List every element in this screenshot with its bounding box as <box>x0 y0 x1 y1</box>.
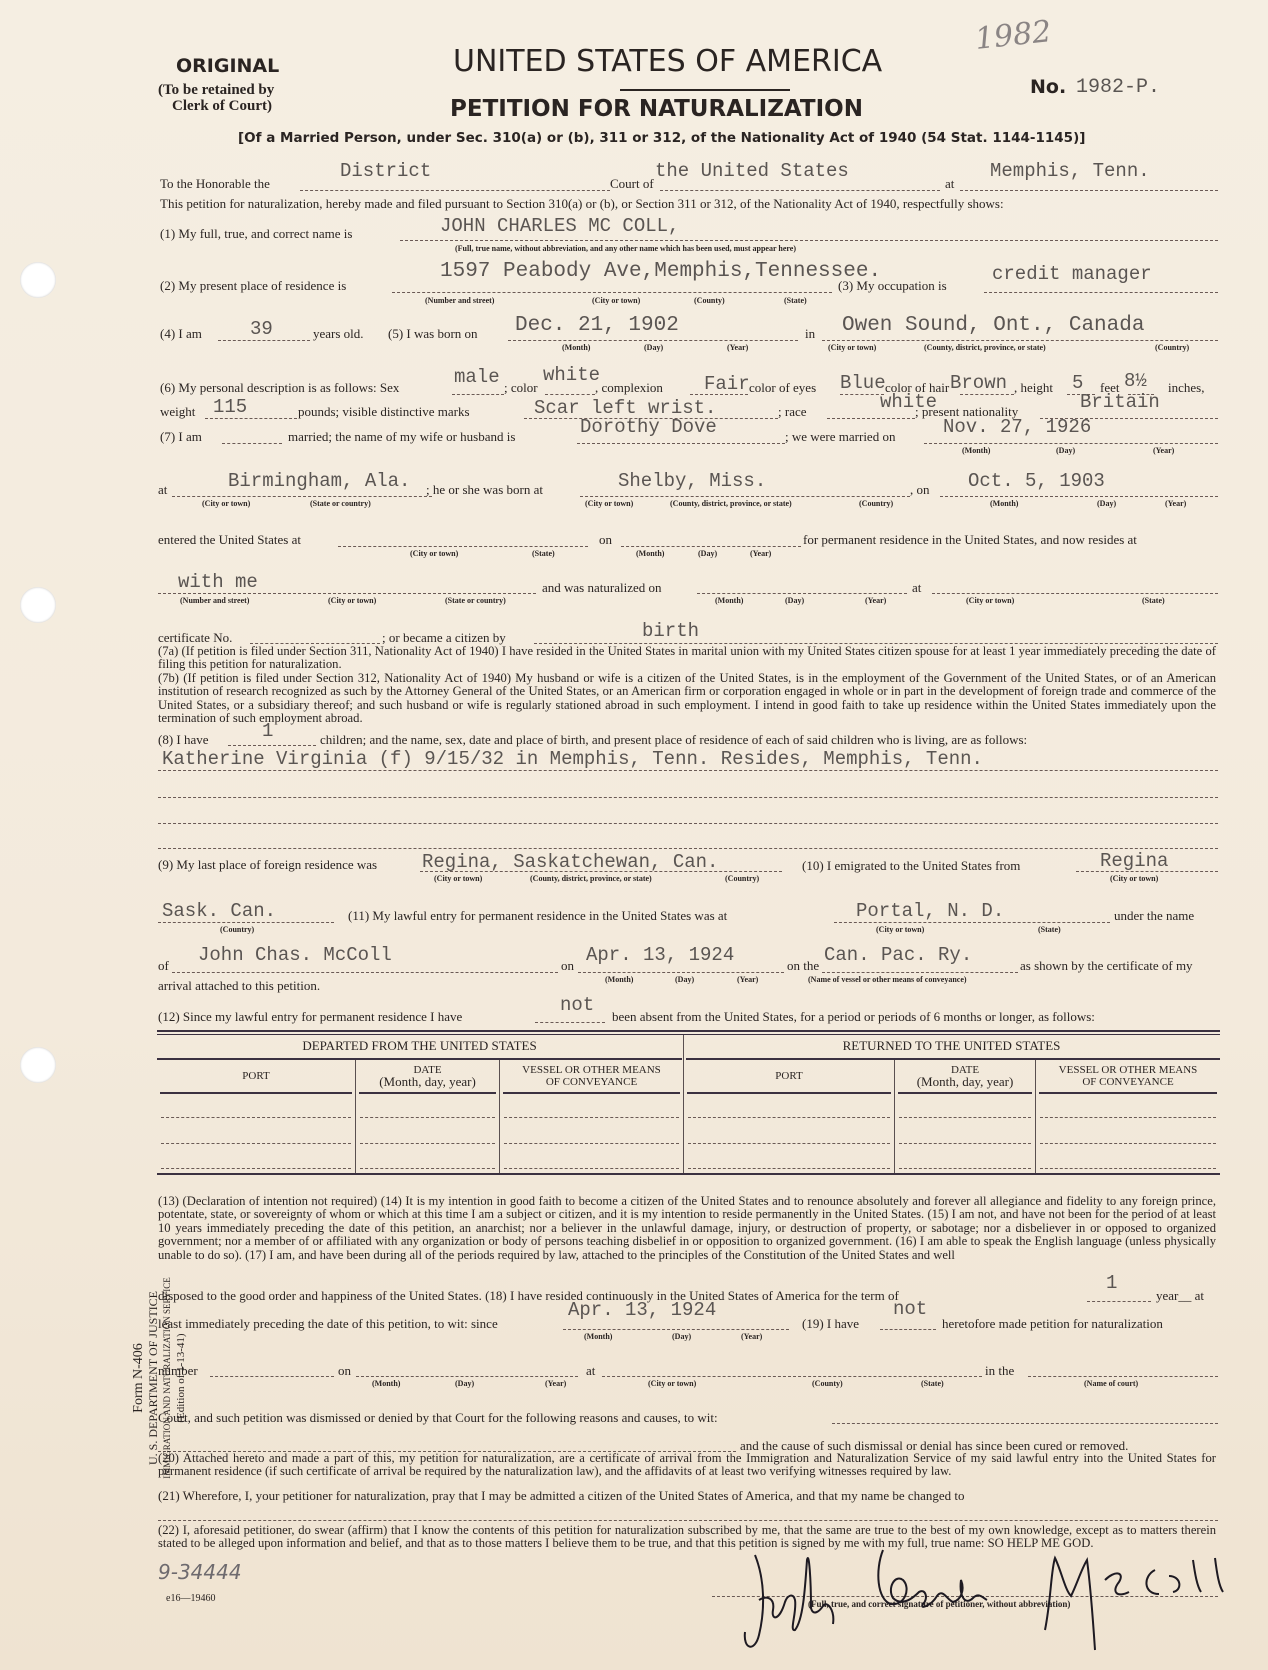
caption: (Year) <box>741 1332 762 1341</box>
edition-note: (Edition of 1-13-41) <box>174 1248 188 1508</box>
column-header: DATE(Month, day, year) <box>356 1064 499 1088</box>
caption: (Month) <box>962 446 990 455</box>
q3-label: (3) My occupation is <box>838 278 947 294</box>
citizen-by-field[interactable]: birth <box>642 620 699 642</box>
eye-color-field[interactable]: Blue <box>840 372 886 394</box>
age-field[interactable]: 39 <box>250 318 273 340</box>
table-cell[interactable] <box>161 1143 351 1144</box>
occupation-field[interactable]: credit manager <box>992 263 1152 285</box>
caption: (City or town) <box>592 296 640 305</box>
caption: (Day) <box>675 975 694 984</box>
label-entry-on: on <box>561 958 574 974</box>
table-cell[interactable] <box>504 1117 679 1118</box>
q18-label: disposed to the good order and happiness… <box>158 1288 899 1304</box>
caption: (County, district, province, or state) <box>530 874 652 883</box>
retained-note-2: Clerk of Court) <box>172 98 272 115</box>
caption: (Month) <box>562 343 590 352</box>
spouse-residence-field[interactable]: with me <box>178 571 258 593</box>
residence-years-field[interactable]: 1 <box>1106 1272 1117 1294</box>
column-header: VESSEL OR OTHER MEANSOF CONVEYANCE <box>500 1064 683 1088</box>
q1-label: (1) My full, true, and correct name is <box>160 226 352 242</box>
q5-label: (5) I was born on <box>388 326 478 342</box>
caption: (City or town) <box>966 596 1014 605</box>
q9-label: (9) My last place of foreign residence w… <box>158 857 377 873</box>
label-under-name: under the name <box>1114 908 1194 924</box>
caption: (Day) <box>1097 499 1116 508</box>
side-form-label: Form N-406 U. S. DEPARTMENT OF JUSTICE I… <box>132 1248 188 1508</box>
label-married-on: ; we were married on <box>785 429 895 445</box>
label-in: in <box>805 326 815 342</box>
caption: (State) <box>1038 925 1061 934</box>
title-divider <box>620 89 790 91</box>
caption: (Month) <box>584 1332 612 1341</box>
label-spouse: married; the name of my wife or husband … <box>288 429 515 445</box>
residence-since-field[interactable]: Apr. 13, 1924 <box>568 1299 716 1321</box>
weight-field[interactable]: 115 <box>213 396 247 418</box>
label-permanent-residence: for permanent residence in the United St… <box>803 532 1137 548</box>
table-cell[interactable] <box>899 1143 1031 1144</box>
table-cell[interactable] <box>688 1143 890 1144</box>
label-court-of: Court of <box>610 176 654 192</box>
table-cell[interactable] <box>161 1117 351 1118</box>
caption: (Day) <box>785 596 804 605</box>
label-complexion: , complexion <box>595 380 663 396</box>
q2-label: (2) My present place of residence is <box>160 278 346 294</box>
caption: (Month) <box>715 596 743 605</box>
prior-petition-field[interactable]: not <box>893 1298 927 1320</box>
foreign-residence-field[interactable]: Regina, Saskatchewan, Can. <box>422 851 718 873</box>
caption: (City or town) <box>434 874 482 883</box>
q1-caption: (Full, true name, without abbreviation, … <box>455 244 796 253</box>
entry-date-field[interactable]: Apr. 13, 1924 <box>586 944 734 966</box>
label-married-at: at <box>158 482 167 498</box>
retained-note-1: (To be retained by <box>158 82 274 99</box>
label-prior-on: on <box>338 1363 351 1379</box>
birth-place-field[interactable]: Owen Sound, Ont., Canada <box>842 314 1144 337</box>
caption: (Year) <box>545 1379 566 1388</box>
caption: (Country) <box>1155 343 1189 352</box>
q21-text: (21) Wherefore, I, your petitioner for n… <box>158 1488 965 1504</box>
table-cell[interactable] <box>1040 1143 1216 1144</box>
child-entry[interactable]: Katherine Virginia (f) 9/15/32 in Memphi… <box>162 748 983 770</box>
marriage-place-field[interactable]: Birmingham, Ala. <box>228 470 410 492</box>
q19-label: (19) I have <box>802 1316 859 1332</box>
caption: (Month) <box>636 549 664 558</box>
q12-label-post: been absent from the United States, for … <box>612 1009 1095 1025</box>
label-to-honorable: To the Honorable the <box>160 176 270 192</box>
table-cell[interactable] <box>688 1117 890 1118</box>
petition-intro: This petition for naturalization, hereby… <box>160 196 1004 212</box>
spouse-name-field[interactable]: Dorothy Dove <box>580 416 717 438</box>
number-label: No. <box>1030 76 1066 98</box>
q6-label: (6) My personal description is as follow… <box>160 380 399 396</box>
label-inches: inches, <box>1168 380 1204 396</box>
label-spouse-born-at: ; he or she was born at <box>426 482 543 498</box>
table-cell[interactable] <box>1040 1168 1216 1169</box>
label-of: of <box>158 958 169 974</box>
caption: (City or town) <box>1110 874 1158 883</box>
caption: (Country) <box>725 874 759 883</box>
form-number: Form N-406 <box>132 1248 146 1508</box>
q7-label: (7) I am <box>160 429 202 445</box>
q7a-text: (7a) (If petition is filed under Section… <box>158 645 1216 672</box>
caption: (Number and street) <box>180 596 249 605</box>
caption: (City or town) <box>410 549 458 558</box>
table-top-rule <box>157 1030 1220 1032</box>
caption: (Number and street) <box>425 296 494 305</box>
q10-label: (10) I emigrated to the United States fr… <box>802 858 1020 874</box>
column-header: PORT <box>157 1070 355 1082</box>
label-weight: weight <box>160 404 195 420</box>
q19-label-post: heretofore made petition for naturalizat… <box>942 1316 1163 1332</box>
court-type-field[interactable]: District <box>340 160 431 182</box>
q8-label: (8) I have <box>158 732 209 748</box>
label-naturalized-at: at <box>912 580 921 596</box>
complexion-field[interactable]: Fair <box>704 373 750 395</box>
table-cell[interactable] <box>360 1143 495 1144</box>
residence-field[interactable]: 1597 Peabody Ave,Memphis,Tennessee. <box>440 260 881 283</box>
label-naturalized-on: and was naturalized on <box>542 580 661 596</box>
caption: (City or town) <box>828 343 876 352</box>
label-height: , height <box>1014 380 1053 396</box>
petition-number: 1982-P. <box>1076 76 1160 99</box>
label-at: at <box>945 176 954 192</box>
emigrated-from-country-field[interactable]: Sask. Can. <box>162 900 276 922</box>
returned-header: RETURNED TO THE UNITED STATES <box>683 1040 1220 1052</box>
caption: (Month) <box>372 1379 400 1388</box>
departed-header: DEPARTED FROM THE UNITED STATES <box>157 1040 682 1052</box>
caption: (County) <box>694 296 725 305</box>
table-cell[interactable] <box>161 1168 351 1169</box>
caption: (State) <box>784 296 807 305</box>
caption: (Month) <box>605 975 633 984</box>
caption: (City or town) <box>648 1379 696 1388</box>
caption: (Year) <box>865 596 886 605</box>
label-in-the: in the <box>985 1363 1014 1379</box>
table-cell[interactable] <box>899 1117 1031 1118</box>
label-entered: entered the United States at <box>158 532 301 548</box>
caption: (City or town) <box>585 499 633 508</box>
vessel-field[interactable]: Can. Pac. Ry. <box>824 944 972 966</box>
entry-place-field[interactable]: Portal, N. D. <box>856 900 1004 922</box>
handwritten-number: 1982 <box>973 14 1053 57</box>
caption: (Year) <box>1153 446 1174 455</box>
caption: (State) <box>532 549 555 558</box>
table-cell[interactable] <box>1040 1117 1216 1118</box>
caption: (Year) <box>727 343 748 352</box>
nationality-field[interactable]: Britain <box>1080 391 1160 413</box>
label-spouse-born-on: , on <box>910 482 930 498</box>
punch-hole <box>20 262 56 298</box>
entry-name-field[interactable]: John Chas. McColl <box>198 944 392 966</box>
caption: (Day) <box>455 1379 474 1388</box>
label-year-at: year__ at <box>1156 1288 1204 1304</box>
label-race: ; race <box>778 404 807 420</box>
column-header: PORT <box>684 1070 894 1082</box>
document-subtitle: PETITION FOR NATURALIZATION <box>450 96 863 122</box>
spouse-birthplace-field[interactable]: Shelby, Miss. <box>618 470 766 492</box>
caption: (Day) <box>672 1332 691 1341</box>
q12-label: (12) Since my lawful entry for permanent… <box>158 1009 462 1025</box>
label-eyes: color of eyes <box>749 380 816 396</box>
caption: (Year) <box>737 975 758 984</box>
caption: (City or town) <box>202 499 250 508</box>
court-of-field[interactable]: the United States <box>655 160 849 182</box>
label-since: least immediately preceding the date of … <box>158 1316 498 1332</box>
label-pounds: pounds; visible distinctive marks <box>298 404 470 420</box>
table-cell[interactable] <box>504 1143 679 1144</box>
table-cell[interactable] <box>360 1168 495 1169</box>
petitioner-signature <box>715 1540 1235 1660</box>
caption: (City or town) <box>876 925 924 934</box>
table-bottom-rule <box>157 1173 1220 1175</box>
label-on-the: on the <box>787 958 819 974</box>
emigrated-from-city-field[interactable]: Regina <box>1100 850 1168 872</box>
table-cell[interactable] <box>688 1168 890 1169</box>
table-cell[interactable] <box>899 1168 1031 1169</box>
caption: (Name of vessel or other means of convey… <box>808 975 967 984</box>
absence-field[interactable]: not <box>560 994 594 1016</box>
statute-reference: [Of a Married Person, under Sec. 310(a) … <box>238 130 1085 146</box>
caption: (County, district, province, or state) <box>924 343 1046 352</box>
table-cell[interactable] <box>360 1117 495 1118</box>
q4-label: (4) I am <box>160 326 202 342</box>
service-name: IMMIGRATION AND NATURALIZATION SERVICE <box>160 1248 174 1508</box>
department-name: U. S. DEPARTMENT OF JUSTICE <box>146 1248 160 1508</box>
caption: (State or country) <box>445 596 506 605</box>
print-code: e16—19460 <box>166 1593 215 1604</box>
caption: (Month) <box>990 499 1018 508</box>
caption: (City or town) <box>328 596 376 605</box>
court-location-field[interactable]: Memphis, Tenn. <box>990 160 1150 182</box>
caption: (Day) <box>698 549 717 558</box>
naturalization-petition-page: ORIGINAL (To be retained by Clerk of Cou… <box>0 0 1268 1670</box>
height-inches-field[interactable]: 8½ <box>1124 370 1147 392</box>
spouse-birthdate-field[interactable]: Oct. 5, 1903 <box>968 470 1105 492</box>
punch-hole <box>20 1047 56 1083</box>
handwritten-id: 9-34444 <box>158 1560 242 1584</box>
caption: (Country) <box>859 499 893 508</box>
document-title: UNITED STATES OF AMERICA <box>453 44 882 79</box>
full-name-field[interactable]: JOHN CHARLES MC COLL, <box>440 215 679 237</box>
label-shown-by: as shown by the certificate of my <box>1020 958 1193 974</box>
color-field[interactable]: white <box>543 364 600 386</box>
q11-label: (11) My lawful entry for permanent resid… <box>348 908 727 924</box>
caption: (Day) <box>644 343 663 352</box>
caption: (County, district, province, or state) <box>670 499 792 508</box>
punch-hole <box>20 587 56 623</box>
marriage-date-field[interactable]: Nov. 27, 1926 <box>943 416 1091 438</box>
birth-date-field[interactable]: Dec. 21, 1902 <box>515 314 679 337</box>
table-cell[interactable] <box>504 1168 679 1169</box>
caption: (Year) <box>1165 499 1186 508</box>
caption: (Name of court) <box>1084 1379 1138 1388</box>
column-header: DATE(Month, day, year) <box>895 1064 1035 1088</box>
original-label: ORIGINAL <box>176 55 279 77</box>
caption: (State or country) <box>310 499 371 508</box>
caption: (State) <box>921 1379 944 1388</box>
sex-field[interactable]: male <box>454 366 500 388</box>
caption: (Day) <box>1056 446 1075 455</box>
label-court-dismissed: Court, and such petition was dismissed o… <box>158 1410 718 1426</box>
q4-label-post: years old. <box>313 326 364 342</box>
label-entered-on: on <box>599 532 612 548</box>
q7b-text: (7b) (If petition is filed under Section… <box>158 672 1216 726</box>
label-arrival-attached: arrival attached to this petition. <box>158 978 320 994</box>
q20-text: (20) Attached hereto and made a part of … <box>158 1452 1216 1479</box>
label-prior-at: at <box>586 1363 595 1379</box>
caption: (County) <box>812 1379 843 1388</box>
caption: (Country) <box>220 925 254 934</box>
caption: (State) <box>1142 596 1165 605</box>
hair-color-field[interactable]: Brown <box>950 372 1007 394</box>
caption: (Year) <box>750 549 771 558</box>
label-color: ; color <box>504 380 538 396</box>
column-header: VESSEL OR OTHER MEANSOF CONVEYANCE <box>1036 1064 1220 1088</box>
children-count-field[interactable]: 1 <box>262 720 273 742</box>
q13-q17-text: (13) (Declaration of intention not requi… <box>158 1195 1216 1262</box>
q8-label-post: children; and the name, sex, date and pl… <box>320 732 1027 748</box>
